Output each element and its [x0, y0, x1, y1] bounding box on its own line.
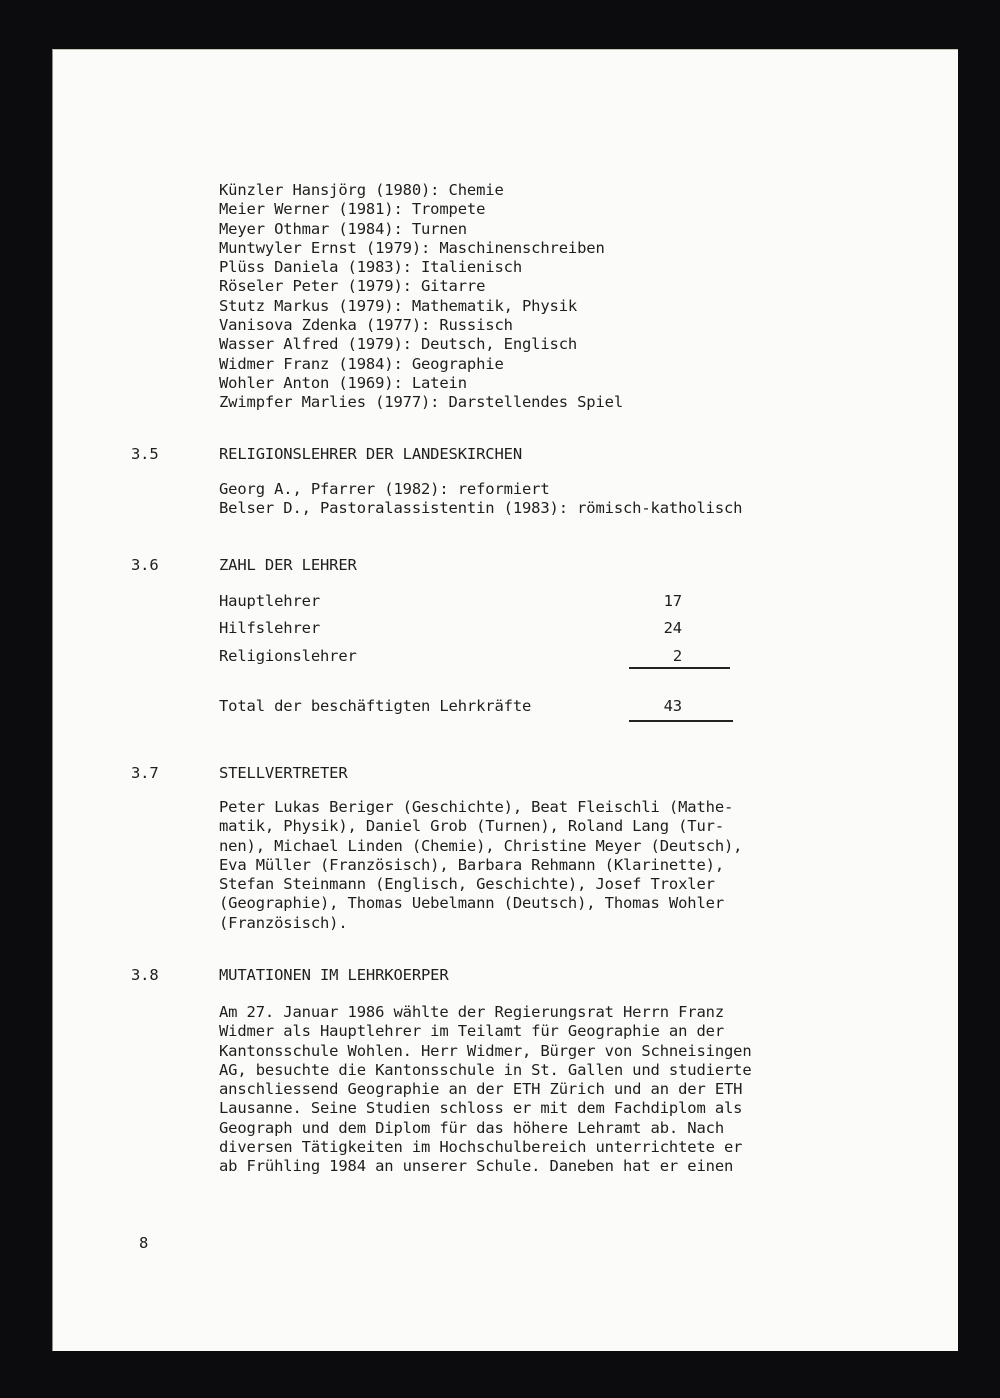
list-item: Meier Werner (1981): Trompete — [219, 200, 859, 219]
row-label: Hauptlehrer — [219, 592, 320, 611]
page-number: 8 — [139, 1234, 148, 1253]
section-number: 3.8 — [131, 966, 159, 985]
section-title: ZAHL DER LEHRER — [219, 556, 357, 575]
section-heading-3-7: 3.7 STELLVERTRETER — [53, 764, 958, 784]
section-body-3-7: Peter Lukas Beriger (Geschichte), Beat F… — [219, 798, 819, 933]
list-item: Zwimpfer Marlies (1977): Darstellendes S… — [219, 393, 859, 412]
section-number: 3.7 — [131, 764, 159, 783]
total-label: Total der beschäftigten Lehrkräfte — [219, 697, 531, 716]
section-heading-3-6: 3.6 ZAHL DER LEHRER — [53, 556, 958, 576]
sum-rule — [629, 667, 730, 669]
total-value: 43 — [622, 697, 682, 716]
list-item: Plüss Daniela (1983): Italienisch — [219, 258, 859, 277]
row-value: 17 — [622, 592, 682, 611]
document-page: Künzler Hansjörg (1980): Chemie Meier We… — [52, 49, 958, 1351]
teacher-count-table: Hauptlehrer 17 Hilfslehrer 24 Religionsl… — [219, 592, 682, 674]
section-title: RELIGIONSLEHRER DER LANDESKIRCHEN — [219, 445, 522, 464]
list-item: Meyer Othmar (1984): Turnen — [219, 220, 859, 239]
section-title: MUTATIONEN IM LEHRKOERPER — [219, 966, 449, 985]
list-item: Muntwyler Ernst (1979): Maschinenschreib… — [219, 239, 859, 258]
list-item: Künzler Hansjörg (1980): Chemie — [219, 181, 859, 200]
section-heading-3-5: 3.5 RELIGIONSLEHRER DER LANDESKIRCHEN — [53, 445, 958, 465]
row-value: 2 — [622, 647, 682, 666]
row-value: 24 — [622, 619, 682, 638]
scan-background: Künzler Hansjörg (1980): Chemie Meier We… — [0, 0, 1000, 1398]
list-item: Widmer Franz (1984): Geographie — [219, 355, 859, 374]
list-item: Wohler Anton (1969): Latein — [219, 374, 859, 393]
list-item: Röseler Peter (1979): Gitarre — [219, 277, 859, 296]
list-item: Wasser Alfred (1979): Deutsch, Englisch — [219, 335, 859, 354]
section-number: 3.6 — [131, 556, 159, 575]
table-row: Religionslehrer 2 — [219, 647, 682, 674]
hilfslehrer-list: Künzler Hansjörg (1980): Chemie Meier We… — [219, 181, 859, 413]
list-item: Stutz Markus (1979): Mathematik, Physik — [219, 297, 859, 316]
section-title: STELLVERTRETER — [219, 764, 348, 783]
section-body-3-5: Georg A., Pfarrer (1982): reformiert Bel… — [219, 480, 819, 519]
section-number: 3.5 — [131, 445, 159, 464]
table-row: Hauptlehrer 17 — [219, 592, 682, 619]
section-heading-3-8: 3.8 MUTATIONEN IM LEHRKOERPER — [53, 966, 958, 986]
section-body-3-8: Am 27. Januar 1986 wählte der Regierungs… — [219, 1003, 819, 1177]
table-total-row: Total der beschäftigten Lehrkräfte 43 — [219, 697, 682, 716]
row-label: Hilfslehrer — [219, 619, 320, 638]
list-item: Vanisova Zdenka (1977): Russisch — [219, 316, 859, 335]
table-row: Hilfslehrer 24 — [219, 619, 682, 646]
total-rule — [629, 720, 733, 722]
row-label: Religionslehrer — [219, 647, 357, 666]
